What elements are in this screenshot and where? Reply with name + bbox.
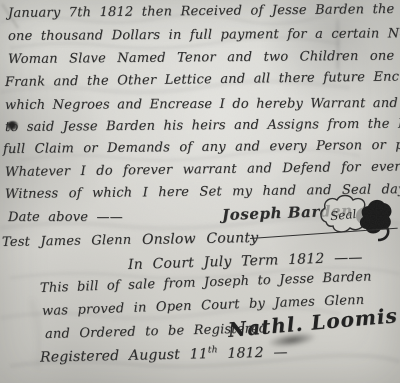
date-line: Date above ——	[8, 210, 123, 225]
registration-suffix: 1812 —	[218, 344, 288, 361]
body-line-2: one thousand Dollars in full payment for…	[8, 26, 400, 44]
registration-line: Registered August 11th 1812 —	[40, 344, 288, 366]
county-underline	[250, 228, 398, 239]
court-term-line: In Court July Term 1812 ——	[128, 250, 363, 273]
body-line-4: Frank and the Other Lettice and all ther…	[5, 69, 400, 90]
grantor-signature: Joseph Barden	[222, 201, 353, 224]
probate-line-1: This bill of sale from Joseph to Jesse B…	[40, 269, 372, 296]
body-line-9: Witness of which I here Set my hand and …	[5, 182, 400, 202]
body-line-8: Whatever I do forever warrant and Defend…	[5, 159, 400, 180]
registration-superscript: th	[208, 345, 218, 355]
body-line-5: which Negroes and Encrease I do hereby W…	[5, 96, 400, 113]
body-line-1: January 7th 1812 then Received of Jesse …	[8, 1, 400, 21]
county-name: Onslow County	[142, 230, 259, 248]
body-line-3: Woman Slave Named Tenor and two Children…	[8, 48, 400, 67]
ink-blot-wash	[356, 207, 376, 225]
body-line-7: full Claim or Demands of any and every P…	[3, 137, 400, 157]
witness-attestation: Test James Glenn	[2, 233, 132, 250]
document-scan: January 7th 1812 then Received of Jesse …	[0, 0, 400, 383]
body-line-6: to said Jesse Barden his heirs and Assig…	[5, 116, 400, 135]
registration-prefix: Registered August 11	[40, 346, 208, 366]
